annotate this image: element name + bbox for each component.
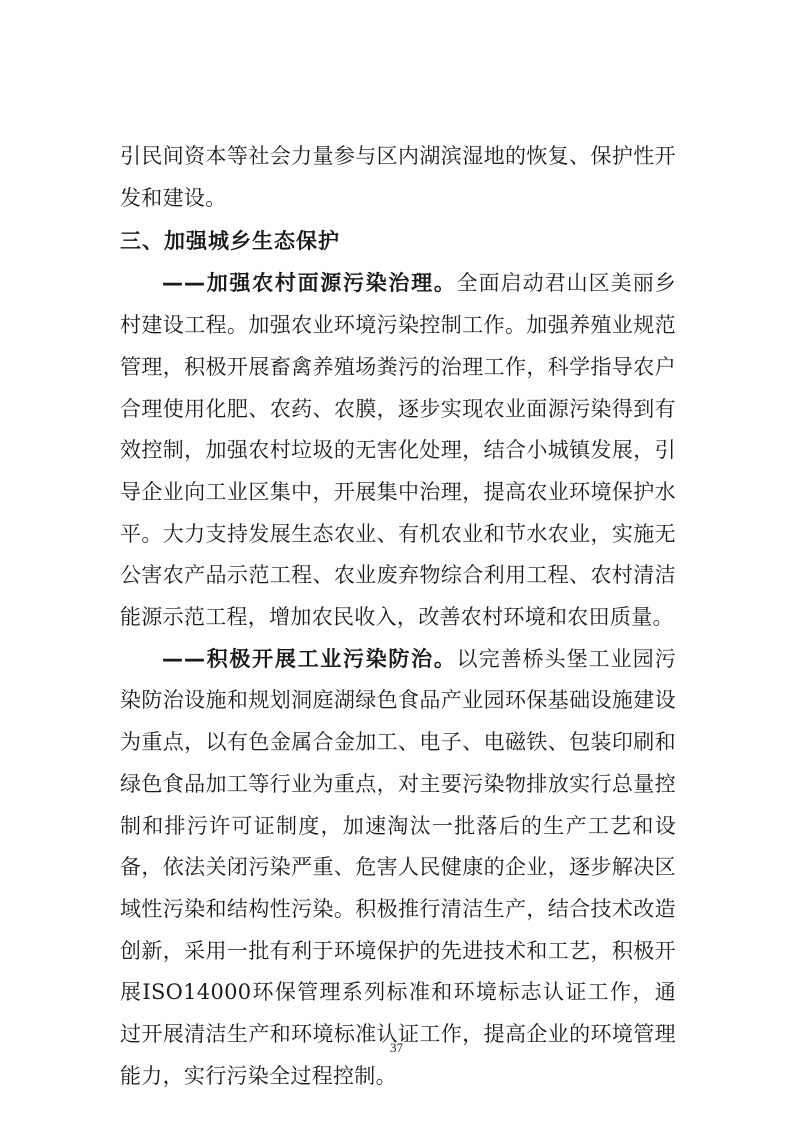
page-number: 37	[0, 1040, 793, 1056]
section-heading: 三、加强城乡生态保护	[120, 219, 676, 263]
paragraph-lead: ——加强农村面源污染治理。	[162, 271, 457, 295]
paragraph-body: 以完善桥头堡工业园污染防治设施和规划洞庭湖绿色食品产业园环保基础设施建设为重点，…	[120, 647, 676, 1088]
page-content: 引民间资本等社会力量参与区内湖滨湿地的恢复、保护性开发和建设。 三、加强城乡生态…	[120, 136, 676, 1097]
paragraph-lead: ——积极开展工业污染防治。	[162, 647, 457, 671]
paragraph-body: 全面启动君山区美丽乡村建设工程。加强农业环境污染控制工作。加强养殖业规范管理，积…	[120, 271, 676, 629]
document-page: 引民间资本等社会力量参与区内湖滨湿地的恢复、保护性开发和建设。 三、加强城乡生态…	[0, 0, 793, 1122]
intro-paragraph: 引民间资本等社会力量参与区内湖滨湿地的恢复、保护性开发和建设。	[120, 136, 676, 219]
paragraph-industrial-pollution: ——积极开展工业污染防治。以完善桥头堡工业园污染防治设施和规划洞庭湖绿色食品产业…	[120, 639, 676, 1098]
paragraph-rural-pollution: ——加强农村面源污染治理。全面启动君山区美丽乡村建设工程。加强农业环境污染控制工…	[120, 263, 676, 638]
